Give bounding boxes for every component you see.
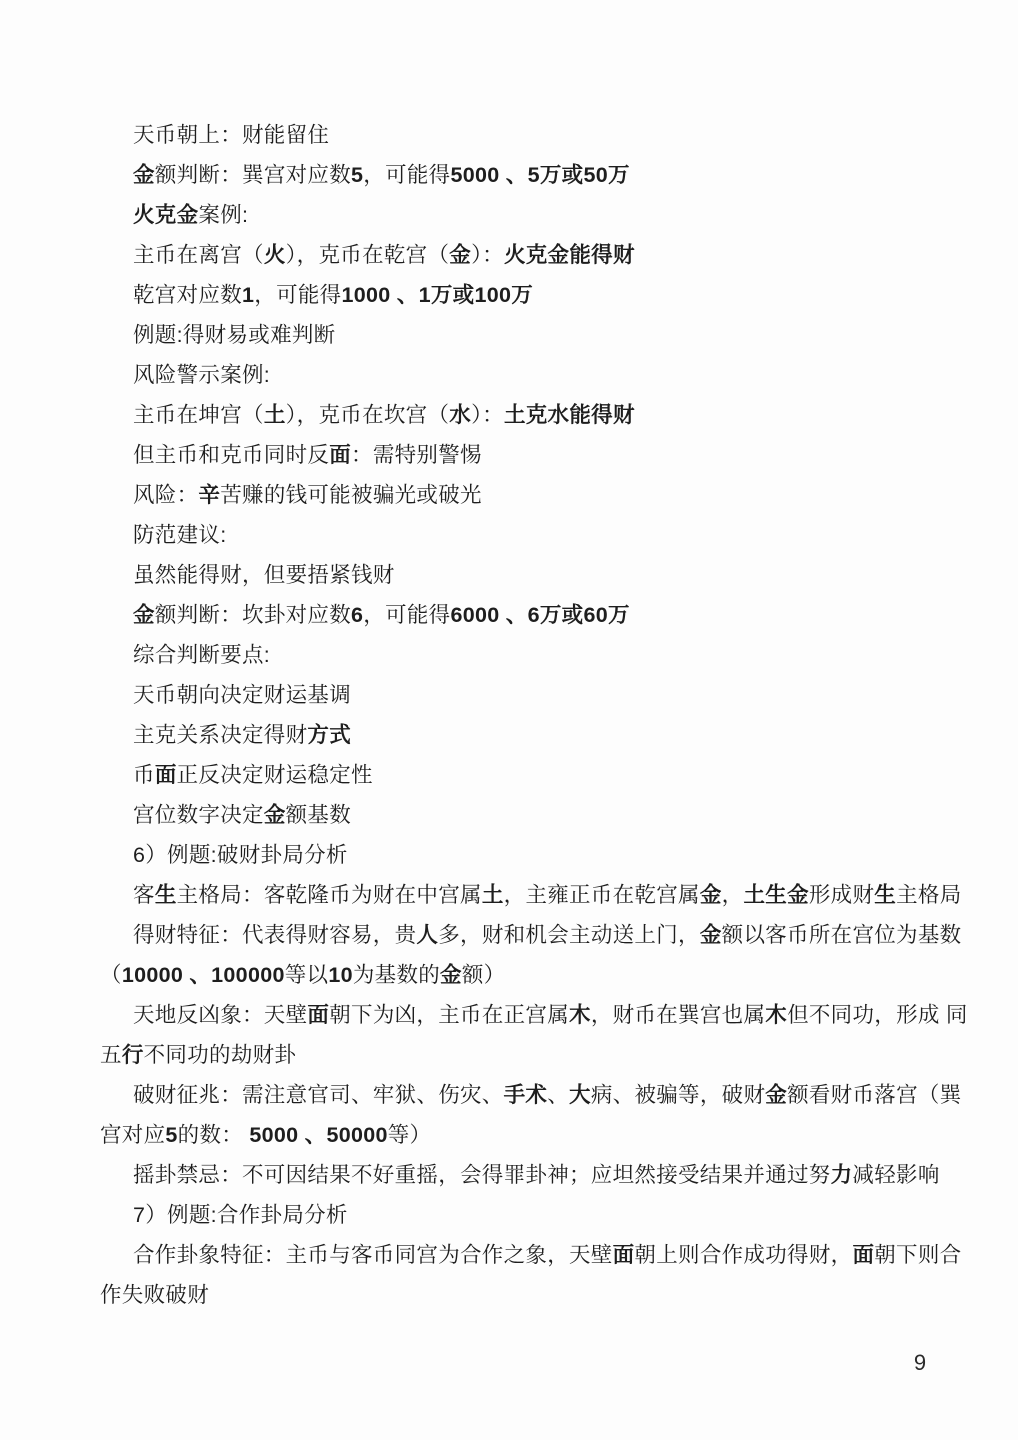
text-segment: ），克币在乾宫（ [286,243,450,267]
text-segment: 5 [165,1123,177,1147]
text-segment: 的数： [178,1123,250,1147]
text-line: 金额判断：巽宫对应数5，可能得5000 、5万或50万 [100,155,970,195]
text-line: 6）例题:破财卦局分析 [100,835,970,875]
text-line: 摇卦禁忌：不可因结果不好重摇，会得罪卦神；应坦然接受结果并通过努力减轻影响 [100,1155,970,1195]
text-segment: 土克水能得财 [504,403,635,427]
text-segment: 面 [852,1243,874,1267]
text-segment: 1 [242,283,254,307]
text-segment: 、 [547,1083,569,1107]
text-segment: 宫对应 [100,1123,165,1147]
text-line: 主克关系决定得财方式 [100,715,970,755]
text-segment: ：需特别警惕 [351,443,482,467]
text-segment: 风险警示案例: [133,363,270,387]
text-segment: 面 [613,1243,635,1267]
text-line: 主币在坤宫（土），克币在坎宫（水）：土克水能得财 [100,395,970,435]
text-segment: 币 [133,763,155,787]
text-segment: 病、被骗等，破财 [591,1083,765,1107]
text-line: 天币朝上：财能留住 [100,115,970,155]
text-line: 虽然能得财，但要捂紧钱财 [100,555,970,595]
text-segment: ）： [471,403,504,427]
text-segment: 朝下则合 [874,1243,961,1267]
text-segment: 金 [440,963,462,987]
text-segment: 面 [155,763,177,787]
text-segment: 形成财 [809,883,874,907]
text-segment: 火克金 [133,203,198,227]
text-segment: 木 [765,1003,787,1027]
text-segment: 额基数 [286,803,351,827]
text-segment: 额以客币所在宫位为基数 [722,923,962,947]
text-line: （10000 、100000等以10为基数的金额） [100,955,970,995]
text-line: 破财征兆：需注意官司、牢狱、伤灾、手术、大病、被骗等，破财金额看财币落宫（巽 [100,1075,970,1115]
text-segment: （ [100,963,122,987]
text-line: 天地反凶象：天壁面朝下为凶，主币在正宫属木，财币在巽宫也属木但不同功，形成 同 [100,995,970,1035]
text-segment: 7）例题:合作卦局分析 [133,1203,348,1227]
text-line: 例题:得财易或难判断 [100,315,970,355]
text-segment: 5000 、5万或50万 [450,163,629,187]
text-segment: 多，财和机会主动送上门， [438,923,700,947]
text-segment: 大 [569,1083,591,1107]
text-segment: 手术 [504,1083,548,1107]
text-segment: 生 [874,883,896,907]
text-segment: 生 [155,883,177,907]
text-segment: 但主币和克币同时反 [133,443,329,467]
text-segment: 主克关系决定得财 [133,723,307,747]
text-line: 合作卦象特征：主币与客币同宫为合作之象，天壁面朝上则合作成功得财，面朝下则合 [100,1235,970,1275]
text-segment: 行 [122,1043,144,1067]
text-line: 综合判断要点: [100,635,970,675]
text-segment: 额判断：巽宫对应数 [155,163,351,187]
text-segment: 宫位数字决定 [133,803,264,827]
text-segment: 朝上则合作成功得财， [634,1243,852,1267]
text-segment: 主格局：客乾隆币为财在中宫属 [177,883,482,907]
text-segment: 木 [569,1003,591,1027]
text-segment: 天币朝上：财能留住 [133,123,329,147]
text-segment: 苦赚的钱可能被骗光或破光 [220,483,482,507]
text-segment: 人 [416,923,438,947]
text-segment: 得财特征：代表得财容易，贵 [133,923,416,947]
text-segment: 等） [388,1123,432,1147]
text-segment: 但不同功，形成 同 [787,1003,968,1027]
text-segment: 金 [449,243,471,267]
text-segment: 土 [264,403,286,427]
text-segment: ，可能得 [363,603,450,627]
text-segment: 金 [133,603,155,627]
text-segment: 乾宫对应数 [133,283,242,307]
text-segment: 水 [449,403,471,427]
text-segment: 正反决定财运稳定性 [177,763,373,787]
text-line: 主币在离宫（火），克币在乾宫（金）：火克金能得财 [100,235,970,275]
text-segment: 金 [264,803,286,827]
text-segment: 例题:得财易或难判断 [133,323,335,347]
text-segment: 力 [831,1163,853,1187]
text-segment: 综合判断要点: [133,643,270,667]
text-line: 宫对应5的数： 5000 、50000等） [100,1115,970,1155]
text-segment: 主币在离宫（ [133,243,264,267]
text-segment: 额判断：坎卦对应数 [155,603,351,627]
text-segment: 方式 [307,723,351,747]
text-line: 客生主格局：客乾隆币为财在中宫属土，主雍正币在乾宫属金，土生金形成财生主格局 [100,875,970,915]
text-segment: 火 [264,243,286,267]
text-segment: 风险： [133,483,198,507]
text-segment: 主币在坤宫（ [133,403,264,427]
document-text: 天币朝上：财能留住金额判断：巽宫对应数5，可能得5000 、5万或50万火克金案… [100,115,970,1315]
text-segment: 面 [307,1003,329,1027]
text-segment: 10000 、100000 [122,963,285,987]
text-segment: 土 [482,883,504,907]
text-segment: 天地反凶象：天壁 [133,1003,307,1027]
text-segment: 客 [133,883,155,907]
text-line: 天币朝向决定财运基调 [100,675,970,715]
text-line: 得财特征：代表得财容易，贵人多，财和机会主动送上门，金额以客币所在宫位为基数 [100,915,970,955]
text-segment: ，财币在巽宫也属 [591,1003,765,1027]
text-line: 防范建议: [100,515,970,555]
text-segment: 作失败破财 [100,1283,209,1307]
text-segment: 天币朝向决定财运基调 [133,683,351,707]
text-line: 风险警示案例: [100,355,970,395]
text-segment: 合作卦象特征：主币与客币同宫为合作之象，天壁 [133,1243,613,1267]
text-line: 币面正反决定财运稳定性 [100,755,970,795]
text-segment: 火克金能得财 [504,243,635,267]
text-line: 金额判断：坎卦对应数6，可能得6000 、6万或60万 [100,595,970,635]
text-segment: ）： [471,243,504,267]
text-segment: 额看财币落宫（巽 [787,1083,961,1107]
text-line: 但主币和克币同时反面：需特别警惕 [100,435,970,475]
text-segment: 面 [329,443,351,467]
text-segment: 虽然能得财，但要捂紧钱财 [133,563,395,587]
text-line: 宫位数字决定金额基数 [100,795,970,835]
text-segment: 10 [328,963,353,987]
text-segment: 朝下为凶，主币在正宫属 [329,1003,569,1027]
text-segment: ，可能得 [363,163,450,187]
text-segment: 6 [351,603,363,627]
text-segment: 五 [100,1043,122,1067]
text-segment: ， [722,883,744,907]
text-segment: 金 [700,883,722,907]
text-line: 火克金案例: [100,195,970,235]
text-segment: 案例: [198,203,248,227]
text-segment: 辛 [198,483,220,507]
text-segment: 金 [765,1083,787,1107]
text-segment: 土生金 [743,883,808,907]
text-segment: 额） [462,963,506,987]
text-segment: 1000 、1万或100万 [341,283,533,307]
text-segment: 不同功的劫财卦 [144,1043,297,1067]
document-page: 天币朝上：财能留住金额判断：巽宫对应数5，可能得5000 、5万或50万火克金案… [0,0,1018,1440]
text-line: 作失败破财 [100,1275,970,1315]
text-segment: 破财征兆：需注意官司、牢狱、伤灾、 [133,1083,504,1107]
text-segment: ，可能得 [254,283,341,307]
text-segment: ，主雍正币在乾宫属 [504,883,700,907]
text-segment: 为基数的 [353,963,440,987]
text-segment: 6000 、6万或60万 [450,603,629,627]
text-segment: 主格局 [896,883,961,907]
text-line: 风险：辛苦赚的钱可能被骗光或破光 [100,475,970,515]
text-segment: 摇卦禁忌：不可因结果不好重摇，会得罪卦神；应坦然接受结果并通过努 [133,1163,831,1187]
text-segment: 减轻影响 [852,1163,939,1187]
text-line: 乾宫对应数1，可能得1000 、1万或100万 [100,275,970,315]
text-segment: 金 [133,163,155,187]
text-line: 7）例题:合作卦局分析 [100,1195,970,1235]
text-segment: 5000 、50000 [249,1123,387,1147]
text-segment: 5 [351,163,363,187]
text-line: 五行不同功的劫财卦 [100,1035,970,1075]
text-segment: 金 [700,923,722,947]
page-number: 9 [905,1348,935,1378]
text-segment: 6）例题:破财卦局分析 [133,843,348,867]
text-segment: 防范建议: [133,523,226,547]
text-segment: ），克币在坎宫（ [286,403,450,427]
text-segment: 等以 [285,963,329,987]
